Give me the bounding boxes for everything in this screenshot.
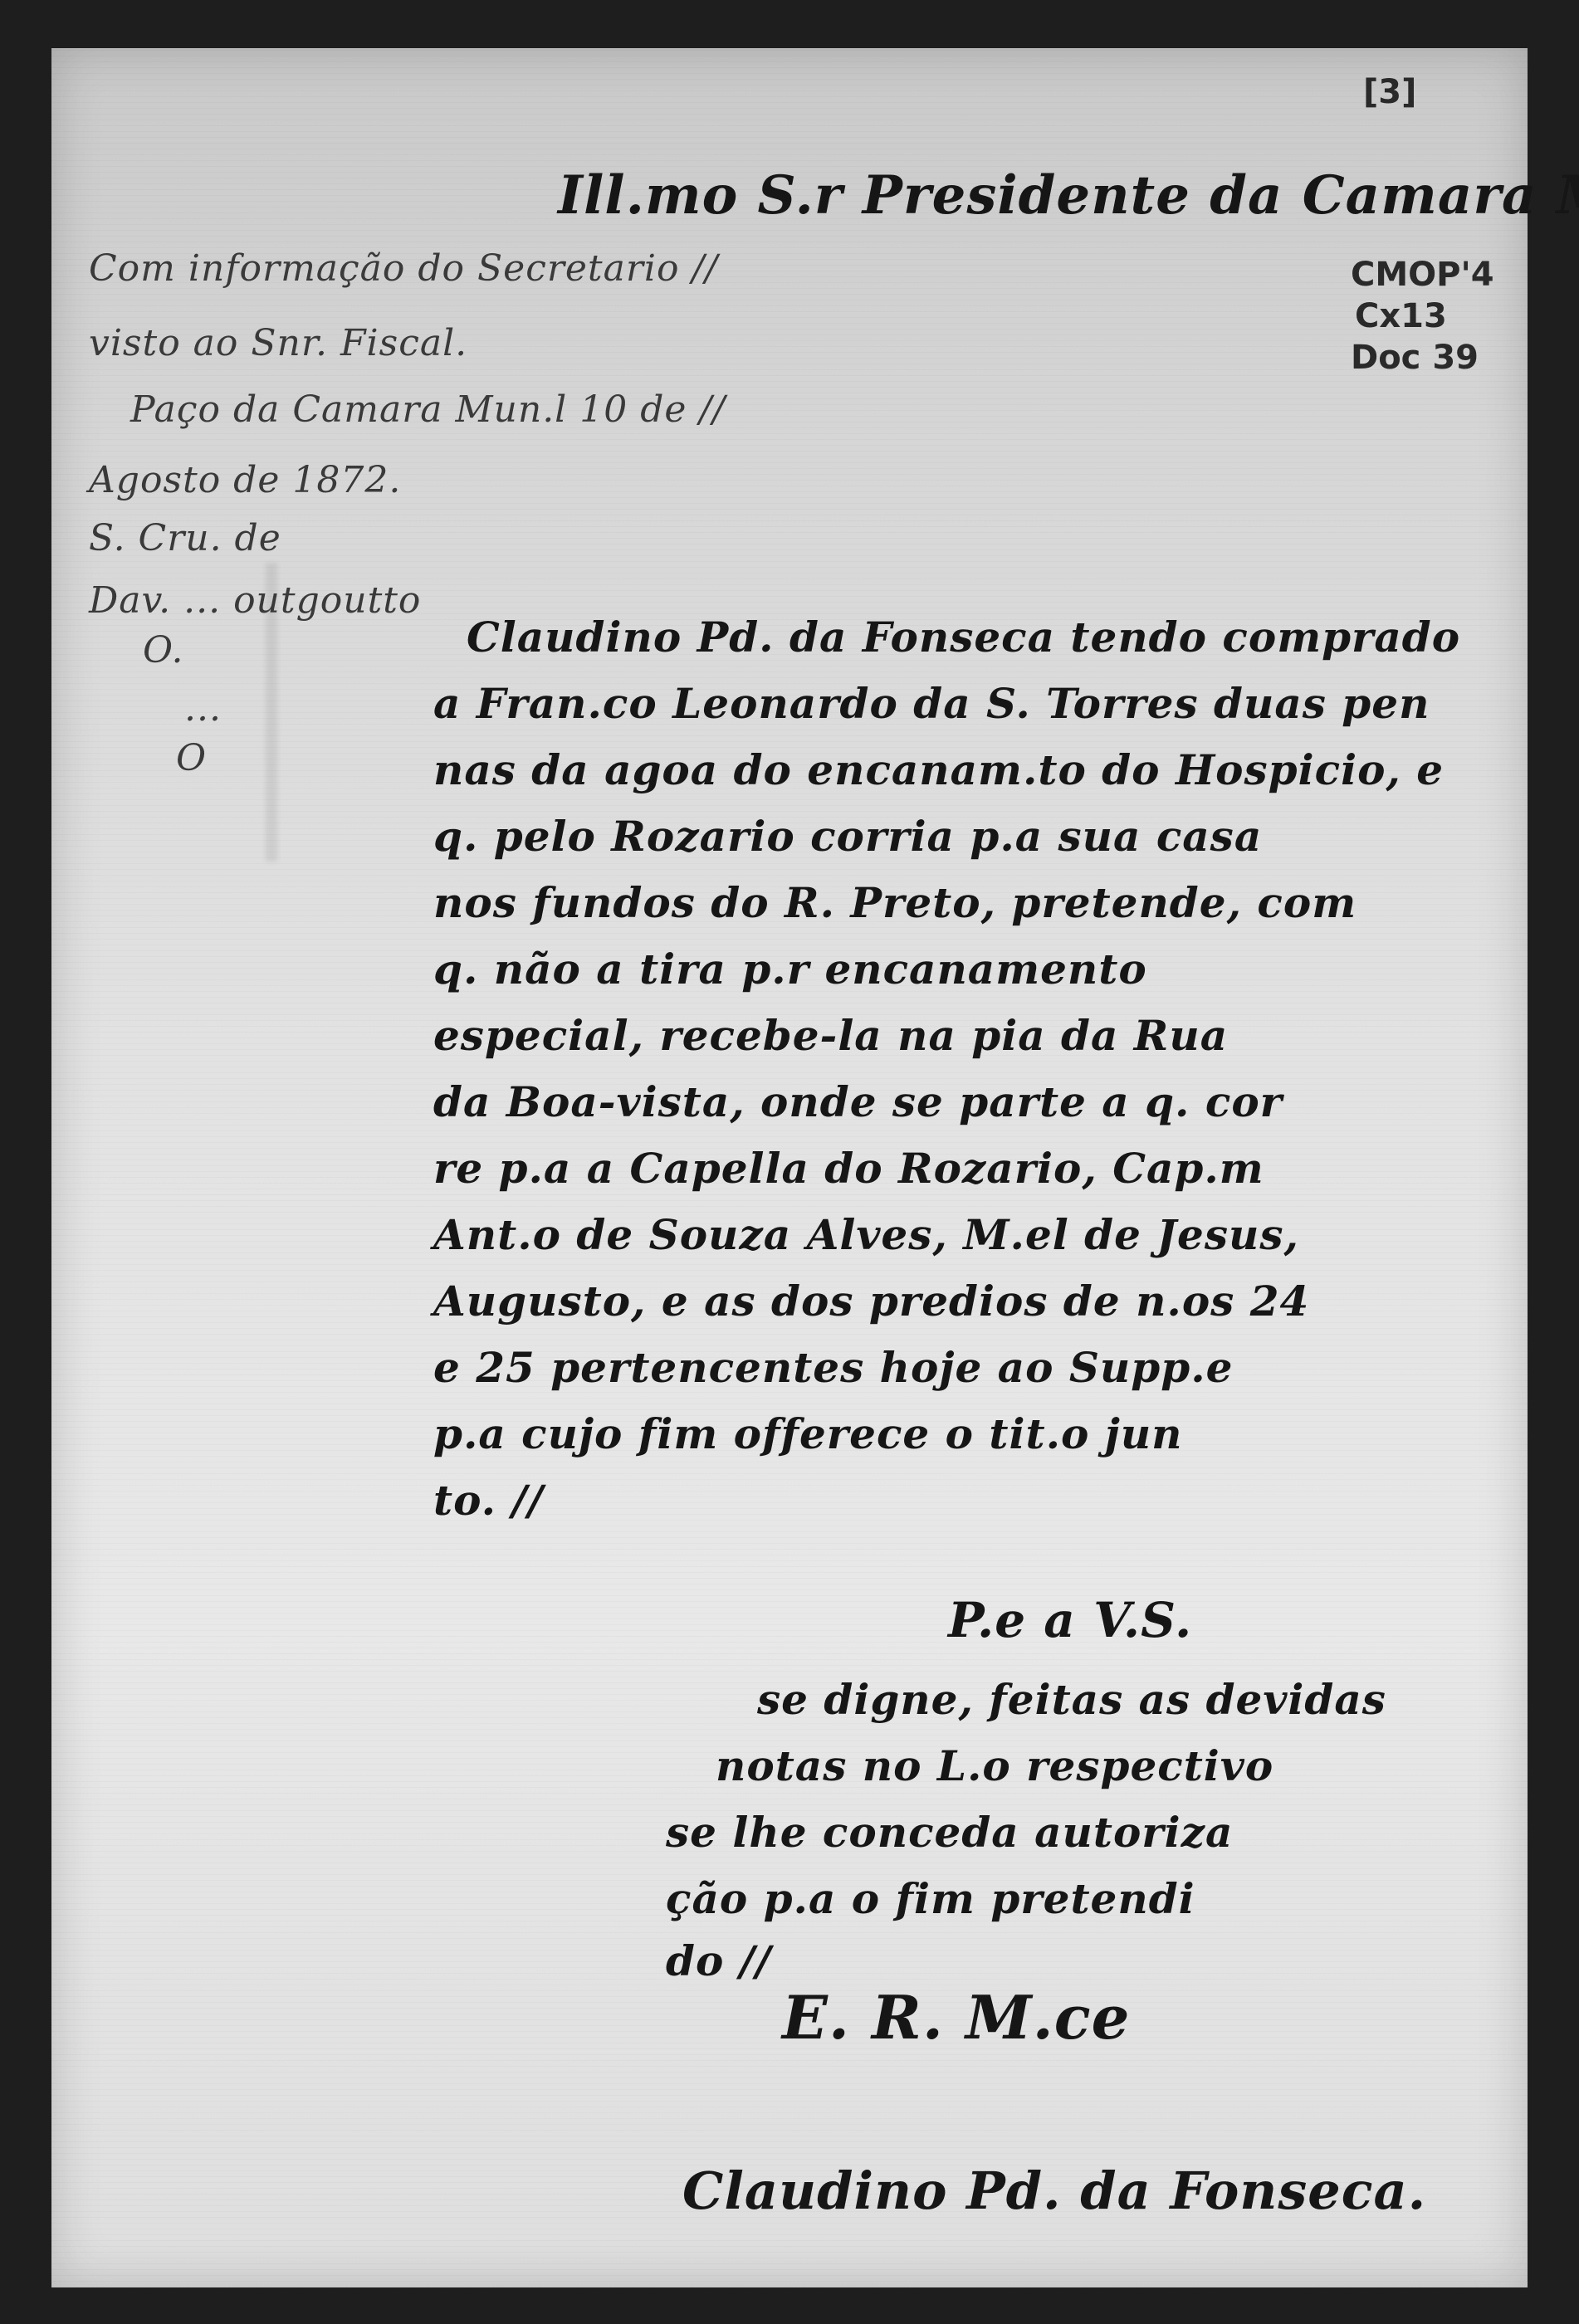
margin-dispatch-line: visto ao Snr. Fiscal. — [89, 322, 467, 364]
request-line: se lhe conceda autoriza — [666, 1808, 1233, 1857]
body-line: especial, recebe-la na pia da Rua — [433, 1011, 1228, 1060]
body-line: Claudino Pd. da Fonseca tendo comprado — [467, 613, 1460, 662]
body-line: p.a cujo fim offerece o tit.o jun — [433, 1409, 1183, 1458]
body-line: q. não a tira p.r encanamento — [433, 945, 1147, 994]
body-line: q. pelo Rozario corria p.a sua casa — [433, 812, 1262, 861]
archive-box: Cx13 — [1355, 297, 1447, 335]
request-heading: P.e a V.S. — [948, 1592, 1192, 1648]
request-line: se digne, feitas as devidas — [757, 1675, 1386, 1724]
archive-page-number: [3] — [1363, 73, 1416, 111]
body-line: re p.a a Capella do Rozario, Cap.m — [433, 1144, 1264, 1193]
manuscript-page: [3] CMOP'4 Cx13 Doc 39 Ill.mo S.r Presid… — [51, 48, 1528, 2287]
margin-dispatch-line: ... — [184, 687, 222, 730]
body-line: da Boa-vista, onde se parte a q. cor — [433, 1077, 1283, 1126]
margin-dispatch-line: Com informação do Secretario // — [89, 247, 718, 290]
body-line: a Fran.co Leonardo da S. Torres duas pen — [433, 679, 1430, 728]
body-line: e 25 pertencentes hoje ao Supp.e — [433, 1343, 1233, 1392]
request-line: notas no L.o respectivo — [716, 1741, 1273, 1790]
closing-formula: E. R. M.ce — [782, 1982, 1130, 2053]
margin-dispatch-line: O — [176, 737, 207, 779]
margin-dispatch-line: Dav. ... outgoutto — [89, 579, 421, 622]
archive-collection: CMOP'4 — [1351, 256, 1494, 294]
body-line: Ant.o de Souza Alves, M.el de Jesus, — [433, 1210, 1299, 1259]
body-line: nos fundos do R. Preto, pretende, com — [433, 878, 1357, 927]
signature: Claudino Pd. da Fonseca. — [682, 2160, 1426, 2221]
body-line: nas da agoa do encanam.to do Hospicio, e — [433, 745, 1444, 794]
archive-doc: Doc 39 — [1351, 339, 1479, 377]
margin-dispatch-line: O. — [143, 629, 183, 671]
margin-dispatch-line: Paço da Camara Mun.l 10 de // — [130, 388, 726, 431]
request-line: ção p.a o fim pretendi — [666, 1874, 1195, 1923]
margin-dispatch-line: S. Cru. de — [89, 517, 281, 559]
body-line: Augusto, e as dos predios de n.os 24 — [433, 1277, 1309, 1326]
salutation: Ill.mo S.r Presidente da Camara Mun.l — [558, 164, 1579, 227]
body-line: to. // — [433, 1476, 544, 1525]
margin-dispatch-date: Agosto de 1872. — [89, 459, 401, 501]
request-line: do // — [666, 1936, 771, 1985]
